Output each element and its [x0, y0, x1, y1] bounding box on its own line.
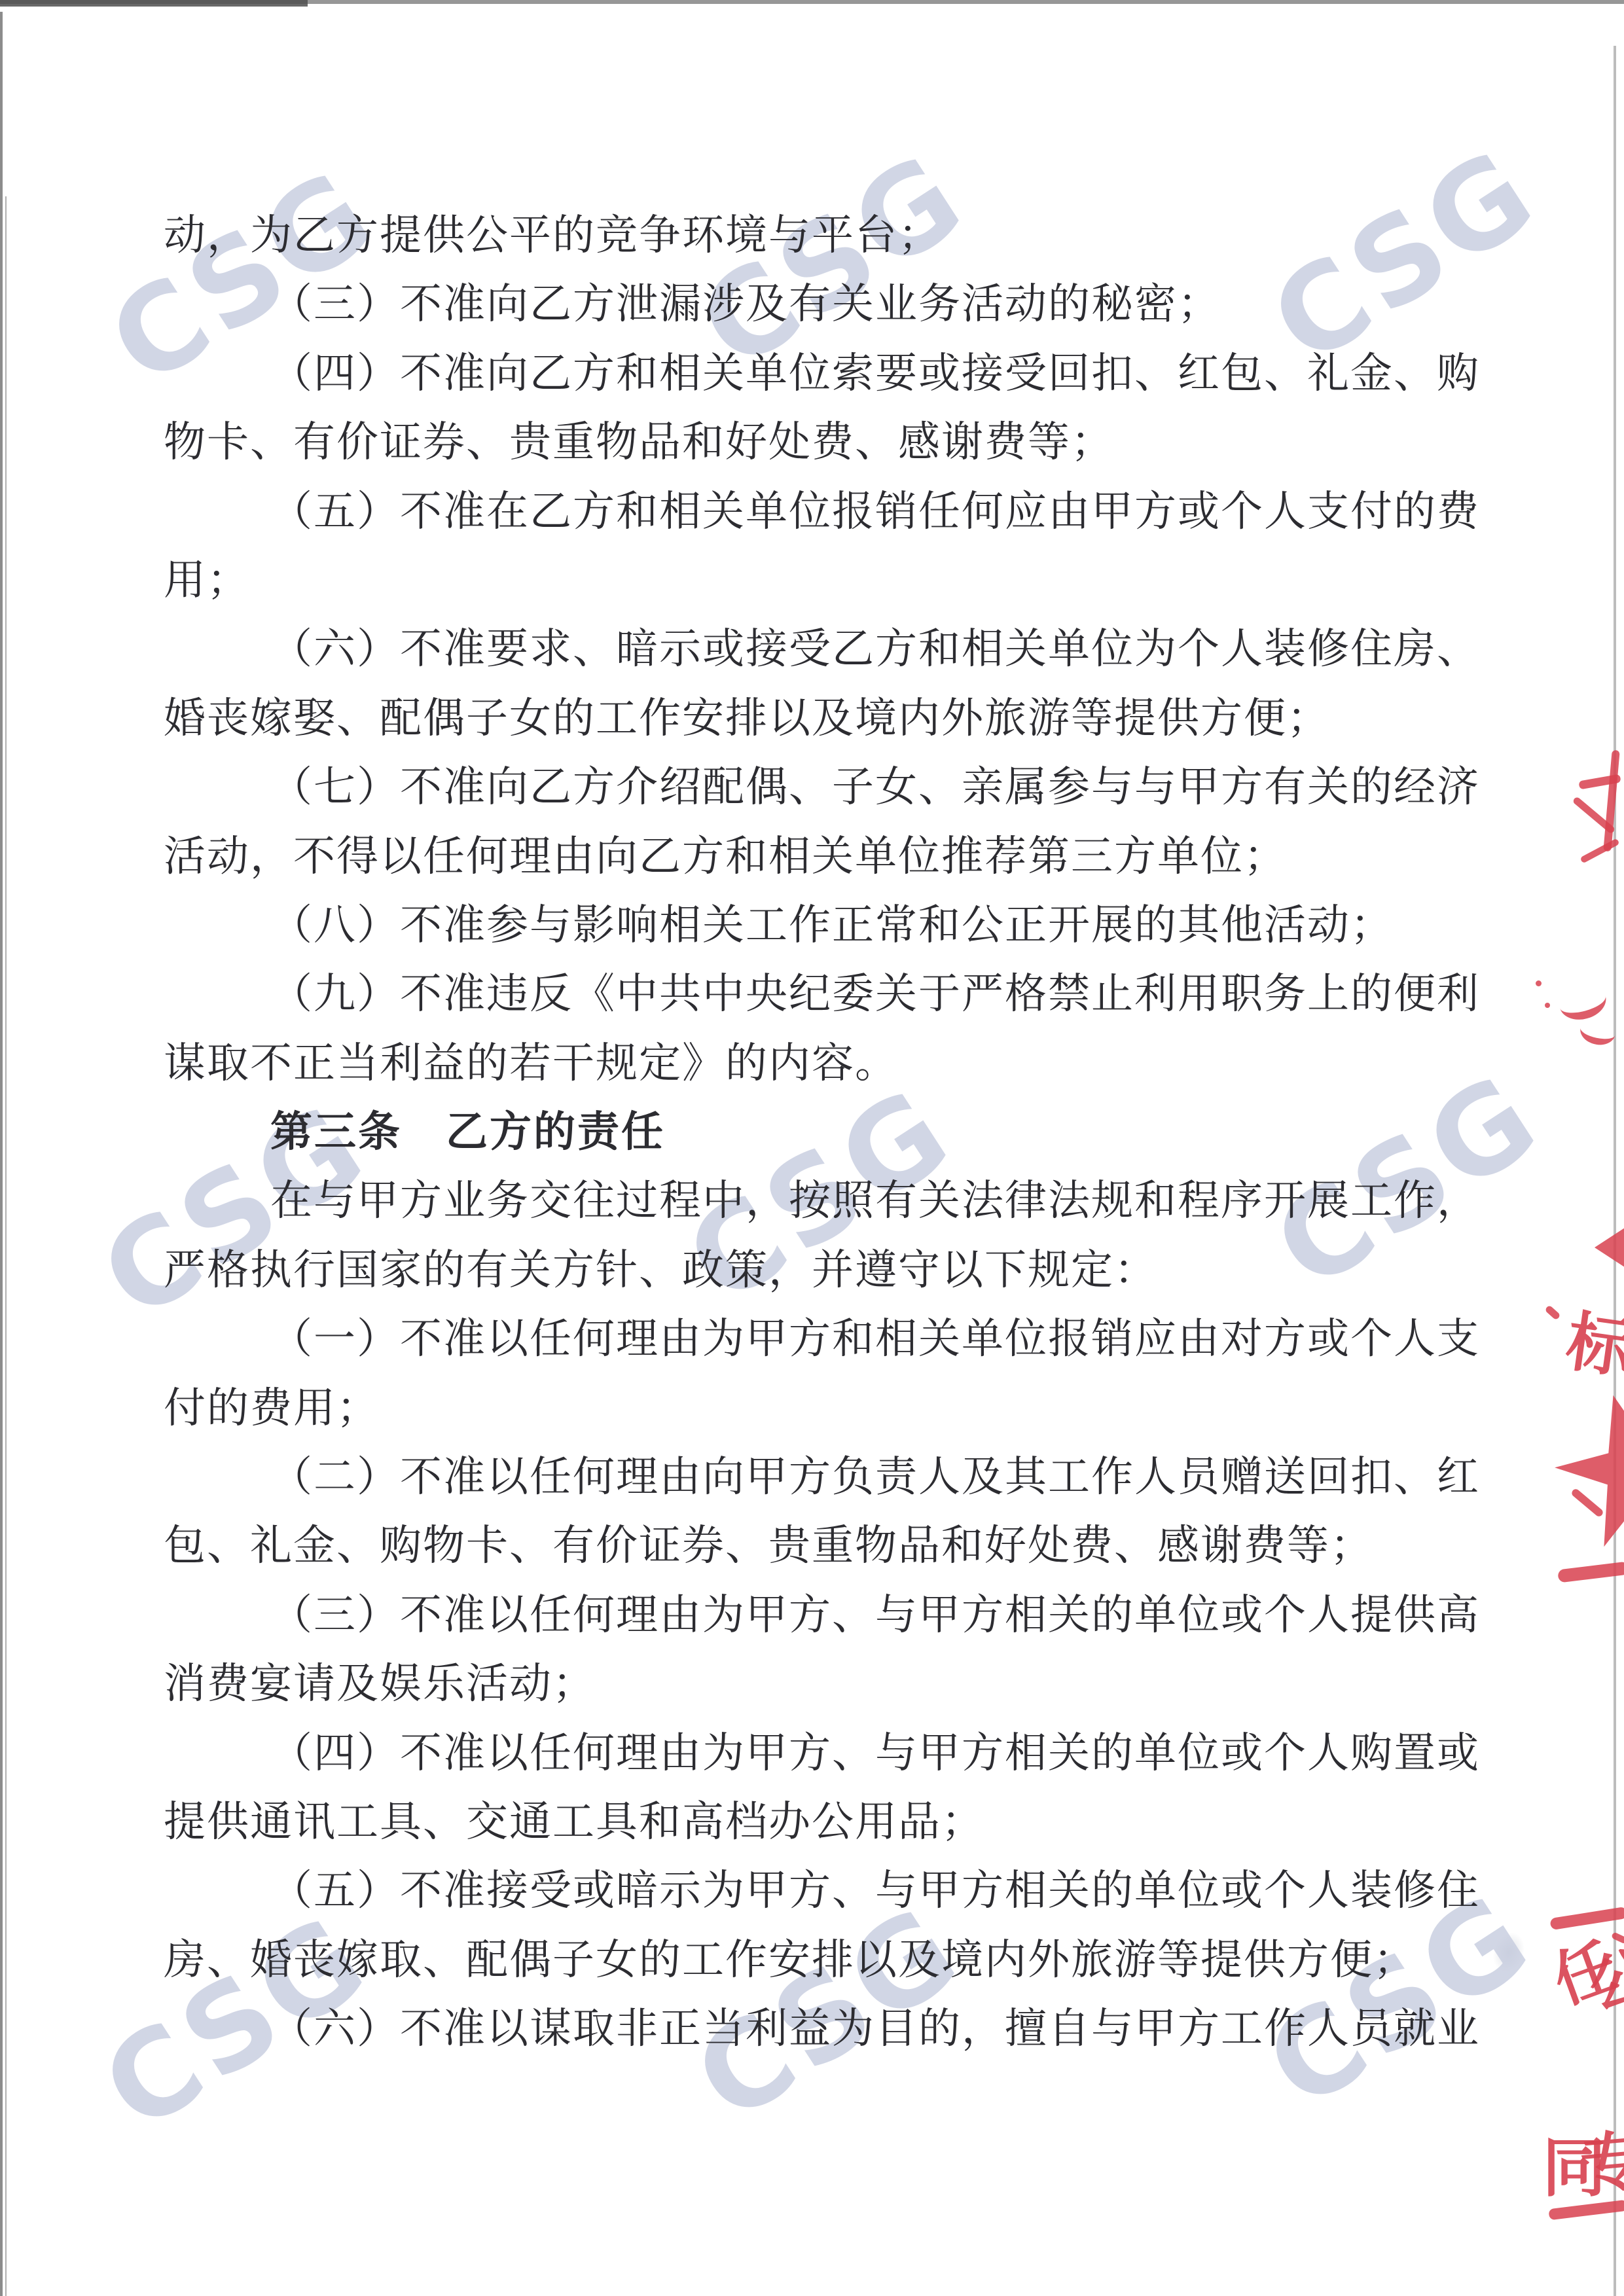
red-seal-fragment-char: 标: [1561, 1289, 1624, 1391]
seal-stroke-fragment: [1545, 1003, 1550, 1008]
seal-stroke-fragment: [1536, 980, 1542, 986]
seal-stroke-fragment: [1555, 980, 1610, 1025]
document-page: CSGCSGCSGCSGCSGCSGCSGCSGCSG 动，为乙方提供公平的竞争…: [0, 0, 1624, 2296]
seal-stroke-fragment: [1578, 1015, 1617, 1048]
contract-seal-fragment-char: 专: [1576, 2109, 1624, 2206]
seal-stroke-fragment: [1544, 1304, 1561, 1320]
seal-stroke-fragment: [1603, 750, 1619, 852]
red-star-seal-fragment: [1540, 1376, 1624, 1554]
seal-stroke-fragment: [1595, 1228, 1624, 1267]
seal-layer: 标 任 公 同 专: [0, 0, 1624, 2296]
seal-stroke-fragment: [1579, 838, 1619, 864]
seal-stroke-fragment: [1557, 1561, 1624, 1583]
seal-stroke-fragment: [1570, 1488, 1604, 1518]
